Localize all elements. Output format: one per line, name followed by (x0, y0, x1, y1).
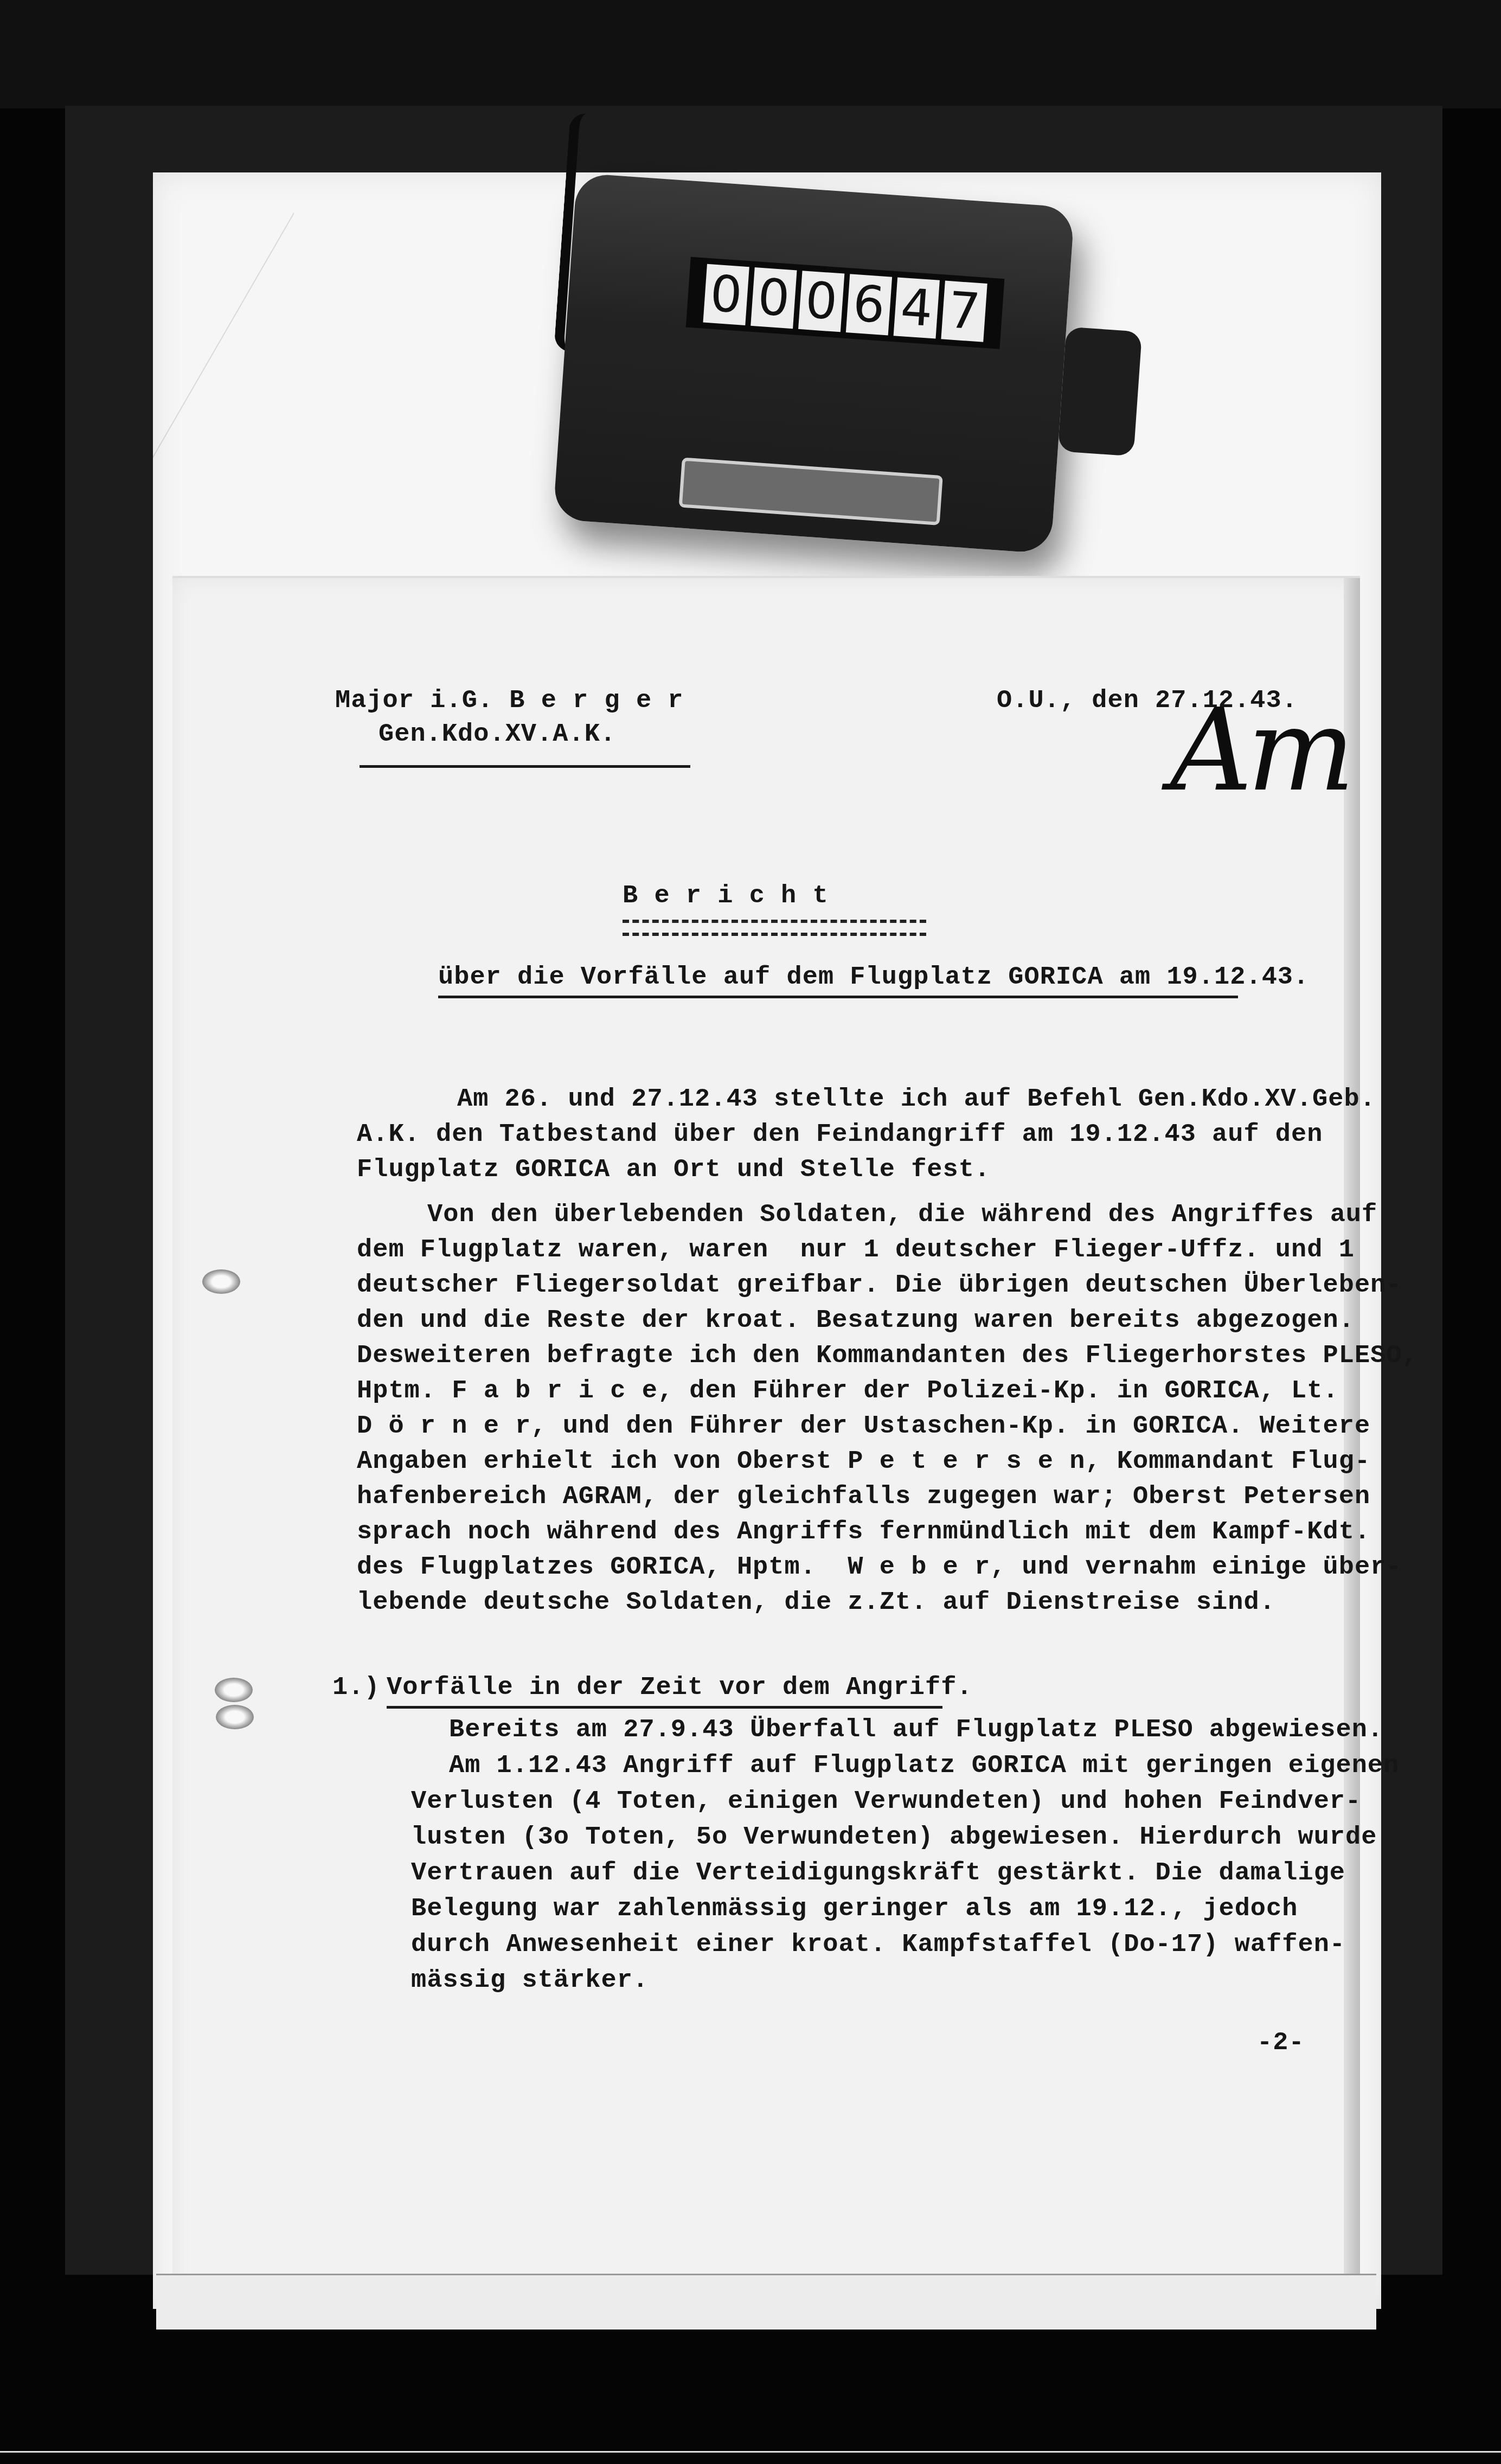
backing-fold (153, 172, 294, 498)
text-line: des Flugplatzes GORICA, Hptm. W e b e r,… (357, 1553, 1402, 1582)
text-line: Desweiteren befragte ich den Kommandante… (357, 1342, 1418, 1370)
counter-digit: 4 (894, 277, 940, 338)
counter-nameplate (679, 458, 943, 525)
counter-digit: 0 (703, 264, 749, 325)
text-line: sprach noch während des Angriffs fernmün… (357, 1518, 1370, 1547)
page-bottom-fold (156, 2274, 1376, 2330)
counter-body: 0 0 0 6 4 7 (553, 173, 1074, 554)
counter-digit: 0 (750, 267, 797, 329)
document-title: B e r i c h t (623, 882, 829, 910)
counter-digit: 7 (941, 281, 987, 342)
counter-digit: 6 (846, 274, 892, 335)
frame-counter: 0 0 0 6 4 7 (541, 161, 1086, 576)
sender-unit: Gen.Kdo.XV.A.K. (379, 720, 616, 749)
text-line: lebende deutsche Soldaten, die z.Zt. auf… (357, 1588, 1275, 1617)
punch-hole (202, 1269, 240, 1294)
text-line: Hptm. F a b r i c e, den Führer der Poli… (357, 1377, 1339, 1406)
section-number: 1.) (332, 1673, 380, 1702)
text-line: Verlusten (4 Toten, einigen Verwundeten)… (411, 1787, 1361, 1816)
handwritten-initials: Am (1170, 684, 1350, 817)
subtitle-underline (438, 996, 1238, 998)
sender-name: Major i.G. B e r g e r (335, 686, 684, 715)
text-line: Flugplatz GORICA an Ort und Stelle fest. (357, 1156, 990, 1184)
text-line: mässig stärker. (411, 1966, 649, 1995)
sender-underline (360, 765, 690, 768)
text-line: Angaben erhielt ich von Oberst P e t e r… (357, 1447, 1370, 1476)
text-line: Am 26. und 27.12.43 stellte ich auf Befe… (457, 1085, 1376, 1114)
text-line: dem Flugplatz waren, waren nur 1 deutsch… (357, 1236, 1355, 1265)
text-line: durch Anwesenheit einer kroat. Kampfstaf… (411, 1930, 1345, 1959)
section-heading-underline (387, 1706, 942, 1709)
punch-hole (216, 1705, 254, 1729)
text-line: hafenbereich AGRAM, der gleichfalls zuge… (357, 1483, 1370, 1511)
text-line: Von den überlebenden Soldaten, die währe… (427, 1201, 1377, 1229)
text-line: A.K. den Tatbestand über den Feindangrif… (357, 1120, 1323, 1149)
page-number-marker: -2- (1257, 2029, 1305, 2057)
title-double-underline (623, 920, 926, 936)
counter-knob (1058, 326, 1143, 456)
text-line: Am 1.12.43 Angriff auf Flugplatz GORICA … (449, 1751, 1399, 1780)
punch-hole (215, 1678, 253, 1702)
section-heading: Vorfälle in der Zeit vor dem Angriff. (387, 1673, 973, 1702)
text-line: Vertrauen auf die Verteidigungskräft ges… (411, 1859, 1345, 1888)
film-edge (0, 2451, 1501, 2453)
text-line: D ö r n e r, und den Führer der Ustasche… (357, 1412, 1370, 1441)
document-page: Major i.G. B e r g e r Gen.Kdo.XV.A.K. O… (172, 576, 1360, 2297)
film-frame-top (0, 0, 1501, 108)
document-subtitle: über die Vorfälle auf dem Flugplatz GORI… (438, 963, 1309, 992)
text-line: Bereits am 27.9.43 Überfall auf Flugplat… (449, 1716, 1383, 1744)
text-line: lusten (3o Toten, 5o Verwundeten) abgewi… (411, 1823, 1377, 1852)
counter-digit: 0 (798, 271, 844, 332)
text-line: deutscher Fliegersoldat greifbar. Die üb… (357, 1271, 1402, 1300)
counter-window: 0 0 0 6 4 7 (686, 257, 1005, 349)
text-line: Belegung war zahlenmässig geringer als a… (411, 1895, 1298, 1923)
text-line: den und die Reste der kroat. Besatzung w… (357, 1306, 1355, 1335)
